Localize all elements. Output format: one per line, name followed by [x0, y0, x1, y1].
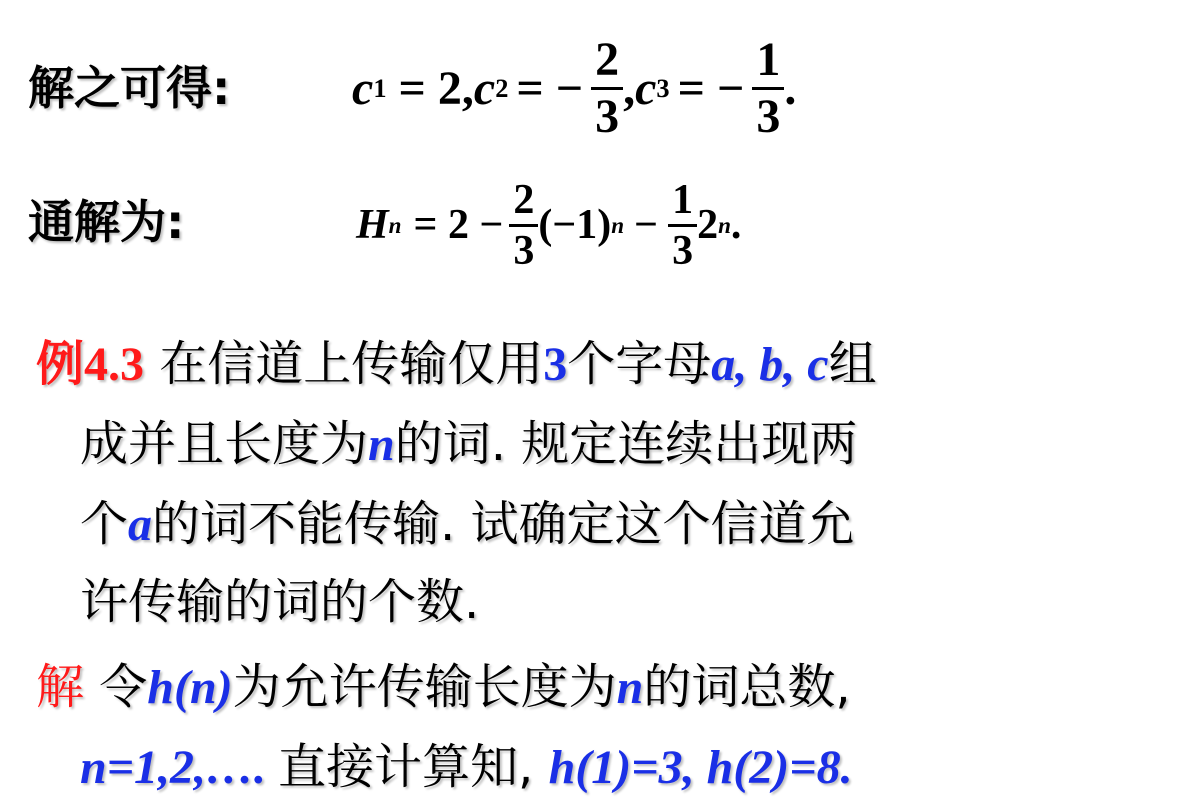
c1-var: c — [352, 61, 373, 116]
end-period: . — [784, 61, 796, 116]
c3-sub: 3 — [656, 73, 669, 104]
sequence-n: n=1,2,…. — [80, 741, 278, 794]
c2-sub: 2 — [495, 73, 508, 104]
answer-label: 解 — [36, 659, 84, 715]
var-n: n — [368, 418, 395, 471]
var-a: a — [128, 498, 152, 551]
example-label: 例4.3 — [36, 338, 144, 391]
minus: − — [634, 201, 658, 249]
end-period: . — [731, 201, 742, 249]
answer-line-1: 解 令h(n)为允许传输长度为n的词总数, — [36, 648, 851, 717]
c2-eq: = − — [516, 61, 583, 116]
c2-var: c — [474, 61, 495, 116]
alphabet-vars: a, b, c — [711, 338, 828, 391]
initial-values: h(1)=3, h(2)=8. — [549, 741, 853, 794]
term-two: 2 — [697, 201, 718, 249]
H-var: H — [356, 201, 389, 249]
solution-equation: c1 = 2, c2 = − 23 , c3 = − 13 . — [352, 18, 796, 158]
c1-eq: = 2, — [399, 61, 474, 116]
function-h-n: h(n) — [147, 661, 232, 714]
example-line-1: 例4.3 在信道上传输仅用3个字母a, b, c组 — [36, 325, 877, 394]
c3-fraction: 13 — [752, 36, 784, 141]
c1-sub: 1 — [373, 73, 386, 104]
H-sub: n — [389, 212, 402, 239]
general-solution-label: 通解为: — [28, 186, 184, 252]
fraction-2-3: 23 — [509, 179, 538, 272]
var-n: n — [617, 661, 644, 714]
term-neg-one-exp: n — [611, 212, 624, 239]
solution-label: 解之可得: — [28, 52, 230, 118]
comma: , — [623, 61, 635, 116]
H-eq: = 2 − — [414, 201, 504, 249]
term-neg-one: (−1) — [538, 201, 611, 249]
fraction-1-3: 13 — [668, 179, 697, 272]
example-line-2: 成并且长度为n的词. 规定连续出现两 — [80, 405, 857, 474]
general-solution-equation: Hn = 2 − 23 (−1)n − 13 2n . — [356, 160, 741, 290]
c2-fraction: 23 — [591, 36, 623, 141]
c3-eq: = − — [678, 61, 745, 116]
c3-var: c — [635, 61, 656, 116]
answer-line-2: n=1,2,…. 直接计算知, h(1)=3, h(2)=8. — [80, 728, 853, 797]
term-two-exp: n — [718, 212, 731, 239]
letter-count: 3 — [543, 338, 567, 391]
example-line-3: 个a的词不能传输. 试确定这个信道允 — [80, 485, 855, 554]
example-line-4: 许传输的词的个数. — [80, 563, 479, 632]
